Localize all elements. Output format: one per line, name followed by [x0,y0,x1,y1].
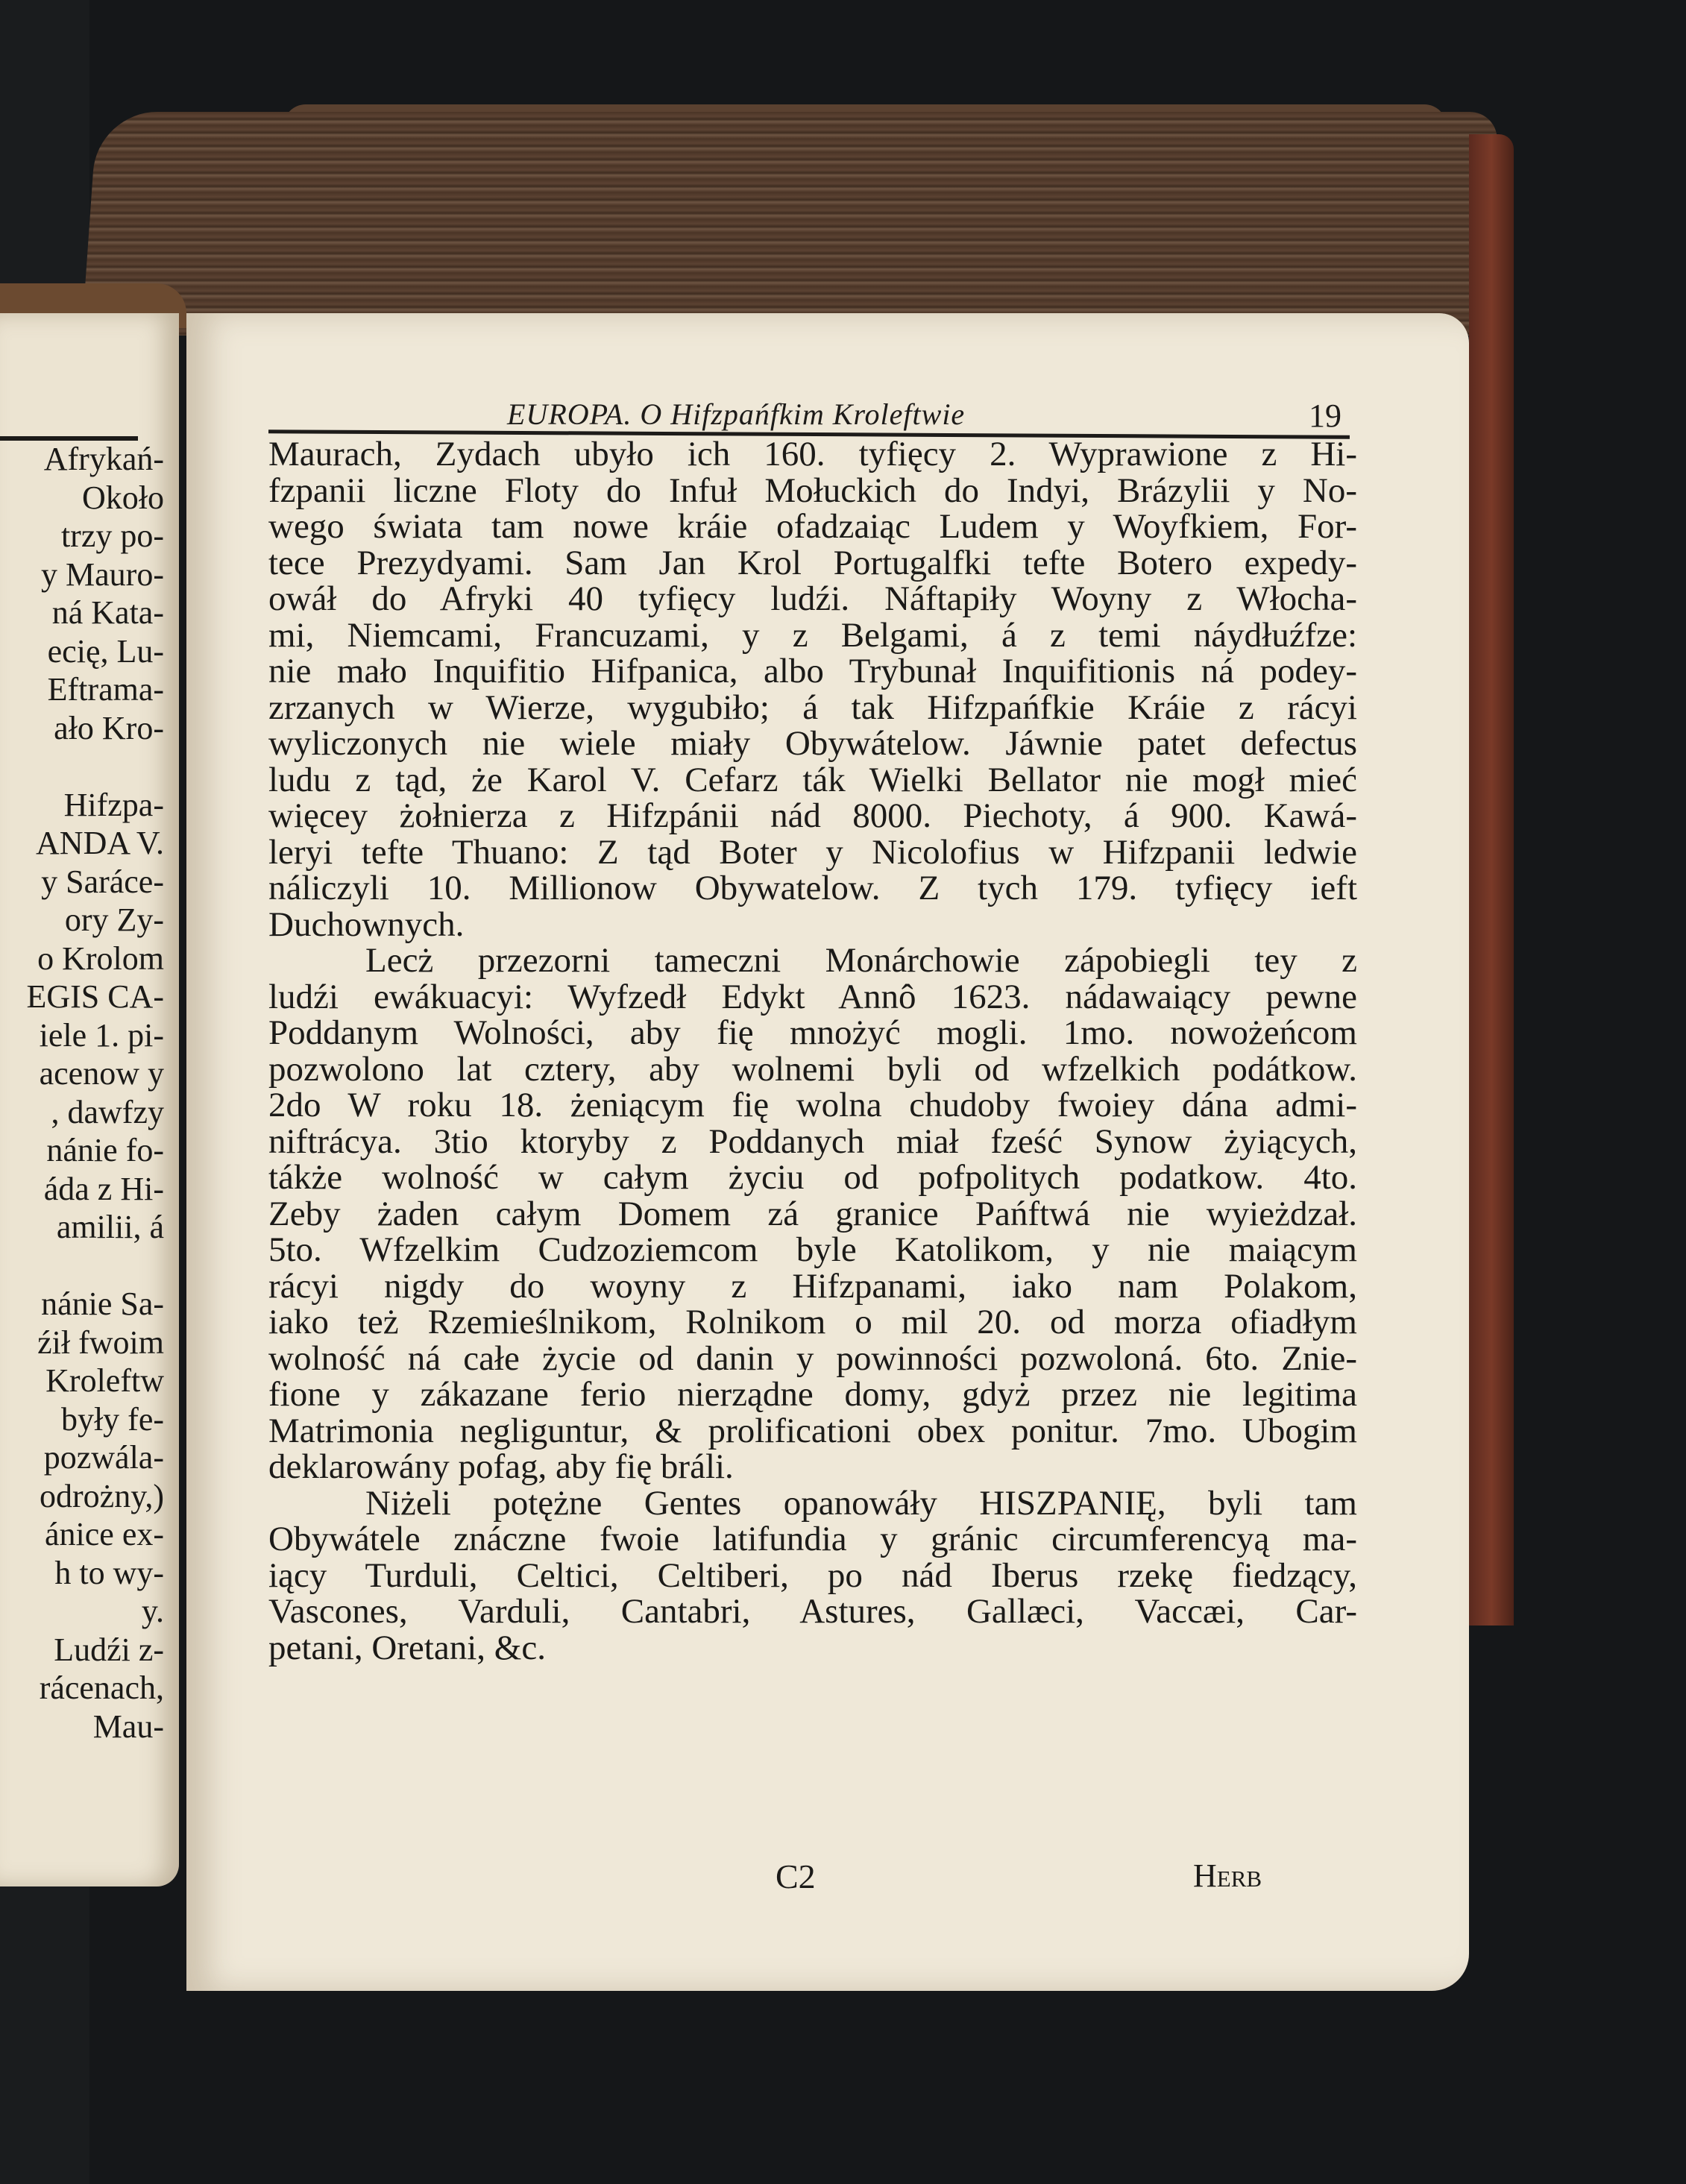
text-line: pozwála- [0,1438,164,1477]
text-line: , dawfzy [0,1093,164,1132]
page-number: 19 [1309,397,1341,435]
text-line: EGIS CA- [0,978,164,1016]
text-line: ludu z tąd, że Karol V. Cefarz ták Wielk… [268,762,1357,799]
text-line: fzpanii liczne Floty do Infuł Mołuckich … [268,473,1357,509]
book-page-edges [82,112,1500,336]
text-line: ecię, Lu- [0,632,164,671]
text-line: Eftrama- [0,670,164,709]
text-line: iako też Rzemieślnikom, Rolnikom o mil 2… [268,1304,1357,1341]
text-line: nánie fo- [0,1131,164,1170]
left-page-fragment: Afrykań-Okołotrzy po-y Mauro-ná Kata-eci… [0,313,179,1886]
text-line: Maurach, Zydach ubyło ich 160. tyfięcy 2… [268,436,1357,473]
text-line: Duchownych. [268,907,1357,943]
text-line: rácyi nigdy do woyny z Hifzpanami, iako … [268,1268,1357,1305]
signature-mark: C2 [776,1857,816,1896]
book-cover-edge [1469,134,1514,1626]
text-line: ało Kro- [0,709,164,748]
text-line: deklarowány pofag, aby fię bráli. [268,1449,1357,1485]
text-line: áda z Hi- [0,1170,164,1209]
text-line: źił fwoim [0,1324,164,1362]
text-line: odrożny,) [0,1477,164,1516]
text-line: mi, Niemcami, Francuzami, y z Belgami, á… [268,617,1357,654]
text-line: ANDA V. [0,824,164,863]
text-line: wego świata tam nowe kráie ofadzaiąc Lud… [268,509,1357,545]
text-line: rácenach, [0,1669,164,1708]
text-line: ludźi ewákuacyi: Wyfzedł Edykt Annô 1623… [268,979,1357,1016]
text-line [0,747,164,786]
text-line: iele 1. pi- [0,1016,164,1055]
text-line: y Mauro- [0,556,164,594]
text-line: h to wy- [0,1554,164,1593]
text-line: pozwolono lat cztery, aby wolnemi byli o… [268,1051,1357,1088]
text-line: więcey żołnierza z Hifzpánii nád 8000. P… [268,798,1357,834]
text-line: náliczyli 10. Millionow Obywatelow. Z ty… [268,870,1357,907]
text-line: Niżeli potężne Gentes opanowáły HISZPANI… [268,1485,1357,1522]
text-line: ory Zy- [0,901,164,940]
text-line: zrzanych w Wierze, wygubiło; á tak Hifzp… [268,690,1357,726]
text-line: owáł do Afryki 40 tyfięcy ludźi. Náftapi… [268,581,1357,617]
text-line: Hifzpa- [0,786,164,825]
text-line: nie mało Inquifitio Hifpanica, albo Tryb… [268,653,1357,690]
text-line: wolność ná całe życie od danin y powinno… [268,1341,1357,1377]
text-line: wyliczonych nie wiele miały Obywátelow. … [268,726,1357,762]
text-line [0,1247,164,1285]
text-line: tece Prezydyami. Sam Jan Krol Portugalfk… [268,545,1357,582]
right-page: EUROPA. O Hifzpańfkim Kroleftwie 19 Maur… [186,313,1469,1991]
text-line: Poddanym Wolności, aby fię mnożyć mogli.… [268,1015,1357,1051]
text-line: były fe- [0,1400,164,1439]
text-line: amilii, á [0,1208,164,1247]
text-line: ánice ex- [0,1515,164,1554]
text-line: ná Kata- [0,594,164,632]
text-line: y Saráce- [0,863,164,901]
text-line: Lecż przezorni tameczni Monárchowie zápo… [268,942,1357,979]
text-line: iący Turduli, Celtici, Celtiberi, po nád… [268,1558,1357,1594]
text-line: Mau- [0,1708,164,1746]
text-line: Kroleftw [0,1362,164,1400]
text-line: o Krolom [0,940,164,978]
text-line: Vascones, Varduli, Cantabri, Astures, Ga… [268,1593,1357,1630]
text-line: Zeby żaden całym Domem zá granice Pańftw… [268,1196,1357,1233]
text-line: Matrimonia negliguntur, & prolificationi… [268,1413,1357,1450]
text-line: 5to. Wfzelkim Cudzoziemcom byle Katoliko… [268,1232,1357,1268]
text-line: y. [0,1592,164,1631]
text-line: Ludźi z- [0,1631,164,1670]
catchword: Herb [1193,1857,1262,1895]
text-line: trzy po- [0,517,164,556]
text-line: acenow y [0,1054,164,1093]
text-line: petani, Oretani, &c. [268,1630,1357,1667]
text-line: Około [0,479,164,517]
text-line: nánie Sa- [0,1285,164,1324]
text-line: leryi tefte Thuano: Z tąd Boter y Nicolo… [268,834,1357,871]
text-line: Afrykań- [0,440,164,479]
text-line: niftrácya. 3tio ktoryby z Poddanych miał… [268,1124,1357,1160]
body-text: Maurach, Zydach ubyło ich 160. tyfięcy 2… [268,436,1357,1666]
text-line: Obywátele znáczne fwoie latifundia y grá… [268,1521,1357,1558]
text-line: tákże wolność w całym życiu od pofpolity… [268,1159,1357,1196]
text-line: 2do W roku 18. żeniącym fię wolna chudob… [268,1087,1357,1124]
text-line: fione y zákazane ferio nierządne domy, g… [268,1376,1357,1413]
running-head: EUROPA. O Hifzpańfkim Kroleftwie [507,397,965,432]
left-page-text: Afrykań-Okołotrzy po-y Mauro-ná Kata-eci… [0,440,164,1746]
